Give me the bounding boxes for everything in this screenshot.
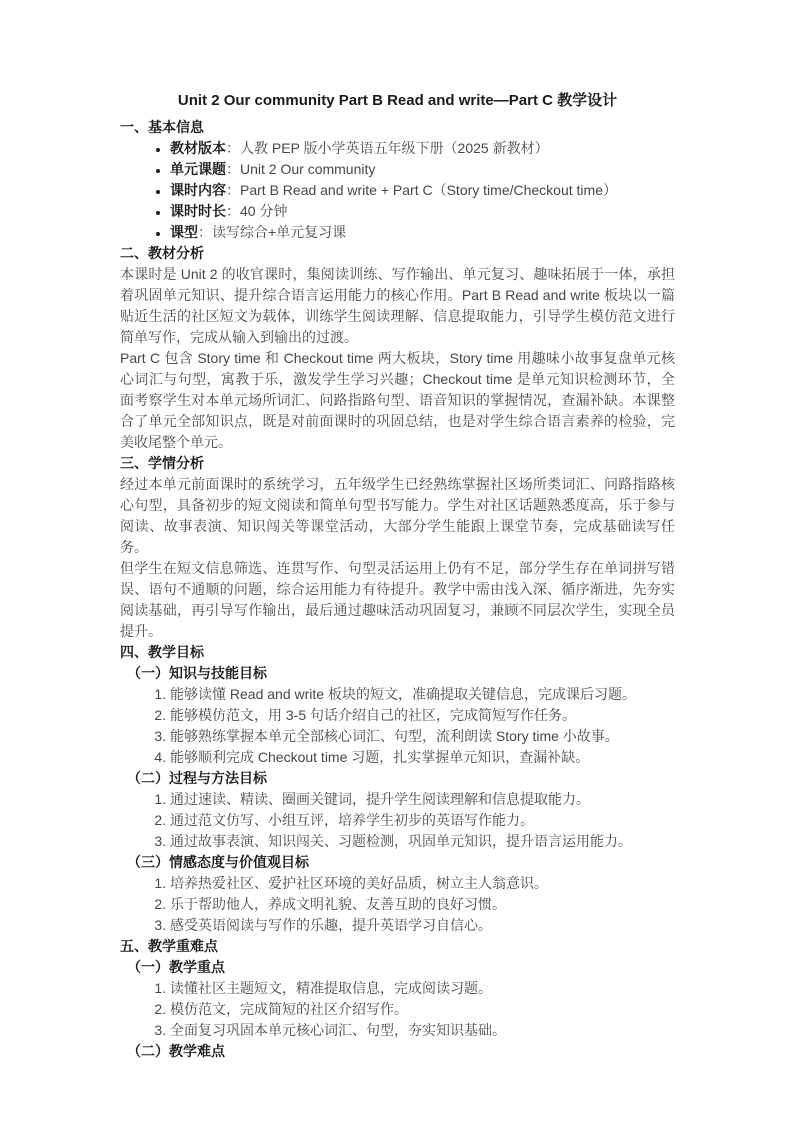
list-item: 读懂社区主题短文，精准提取信息，完成阅读习题。 xyxy=(170,978,675,999)
document-title: Unit 2 Our community Part B Read and wri… xyxy=(120,90,675,111)
paragraph: 经过本单元前面课时的系统学习，五年级学生已经熟练掌握社区场所类词汇、问路指路核心… xyxy=(120,474,675,558)
bullet-value: ：读写综合+单元复习课 xyxy=(198,224,346,240)
paragraph: 但学生在短文信息筛选、连贯写作、句型灵活运用上仍有不足，部分学生存在单词拼写错误… xyxy=(120,558,675,642)
bullet-value: ：40 分钟 xyxy=(226,203,287,219)
knowledge-skills-list: 能够读懂 Read and write 板块的短文，准确提取关键信息，完成课后习… xyxy=(120,684,675,768)
subsection-heading-knowledge-skills: （一）知识与技能目标 xyxy=(120,663,675,684)
bullet-label: 教材版本 xyxy=(170,140,226,156)
list-item: 课时内容：Part B Read and write + Part C（Stor… xyxy=(170,180,675,201)
subsection-heading-difficult-points: （二）教学难点 xyxy=(120,1041,675,1062)
bullet-label: 课时时长 xyxy=(170,203,226,219)
list-item: 能够读懂 Read and write 板块的短文，准确提取关键信息，完成课后习… xyxy=(170,684,675,705)
list-item: 能够熟练掌握本单元全部核心词汇、句型，流利朗读 Story time 小故事。 xyxy=(170,726,675,747)
document-page: Unit 2 Our community Part B Read and wri… xyxy=(0,0,794,1123)
affective-values-list: 培养热爱社区、爱护社区环境的美好品质，树立主人翁意识。 乐于帮助他人，养成文明礼… xyxy=(120,873,675,936)
section-heading-learner-analysis: 三、学情分析 xyxy=(120,453,675,474)
bullet-label: 单元课题 xyxy=(170,161,226,177)
subsection-heading-affective-values: （三）情感态度与价值观目标 xyxy=(120,852,675,873)
bullet-label: 课型 xyxy=(170,224,198,240)
list-item: 能够顺利完成 Checkout time 习题，扎实掌握单元知识，查漏补缺。 xyxy=(170,747,675,768)
list-item: 通过故事表演、知识闯关、习题检测，巩固单元知识，提升语言运用能力。 xyxy=(170,831,675,852)
key-points-list: 读懂社区主题短文，精准提取信息，完成阅读习题。 模仿范文，完成简短的社区介绍写作… xyxy=(120,978,675,1041)
section-heading-material-analysis: 二、教材分析 xyxy=(120,243,675,264)
list-item: 课型：读写综合+单元复习课 xyxy=(170,222,675,243)
list-item: 通过范文仿写、小组互评，培养学生初步的英语写作能力。 xyxy=(170,810,675,831)
bullet-value: ：Unit 2 Our community xyxy=(226,161,375,177)
list-item: 教材版本：人教 PEP 版小学英语五年级下册（2025 新教材） xyxy=(170,138,675,159)
list-item: 单元课题：Unit 2 Our community xyxy=(170,159,675,180)
bullet-label: 课时内容 xyxy=(170,182,226,198)
subsection-heading-key-points: （一）教学重点 xyxy=(120,957,675,978)
process-methods-list: 通过速读、精读、圈画关键词，提升学生阅读理解和信息提取能力。 通过范文仿写、小组… xyxy=(120,789,675,852)
list-item: 课时时长：40 分钟 xyxy=(170,201,675,222)
paragraph: Part C 包含 Story time 和 Checkout time 两大板… xyxy=(120,348,675,453)
list-item: 能够模仿范文，用 3-5 句话介绍自己的社区，完成简短写作任务。 xyxy=(170,705,675,726)
bullet-value: ：人教 PEP 版小学英语五年级下册（2025 新教材） xyxy=(226,140,549,156)
section-heading-key-difficult-points: 五、教学重难点 xyxy=(120,936,675,957)
list-item: 通过速读、精读、圈画关键词，提升学生阅读理解和信息提取能力。 xyxy=(170,789,675,810)
section-heading-basic-info: 一、基本信息 xyxy=(120,117,675,138)
subsection-heading-process-methods: （二）过程与方法目标 xyxy=(120,768,675,789)
list-item: 感受英语阅读与写作的乐趣，提升英语学习自信心。 xyxy=(170,915,675,936)
list-item: 模仿范文，完成简短的社区介绍写作。 xyxy=(170,999,675,1020)
section-heading-teaching-objectives: 四、教学目标 xyxy=(120,642,675,663)
list-item: 乐于帮助他人，养成文明礼貌、友善互助的良好习惯。 xyxy=(170,894,675,915)
list-item: 全面复习巩固本单元核心词汇、句型，夯实知识基础。 xyxy=(170,1020,675,1041)
paragraph: 本课时是 Unit 2 的收官课时，集阅读训练、写作输出、单元复习、趣味拓展于一… xyxy=(120,264,675,348)
bullet-value: ：Part B Read and write + Part C（Story ti… xyxy=(226,182,617,198)
list-item: 培养热爱社区、爱护社区环境的美好品质，树立主人翁意识。 xyxy=(170,873,675,894)
basic-info-list: 教材版本：人教 PEP 版小学英语五年级下册（2025 新教材） 单元课题：Un… xyxy=(120,138,675,243)
